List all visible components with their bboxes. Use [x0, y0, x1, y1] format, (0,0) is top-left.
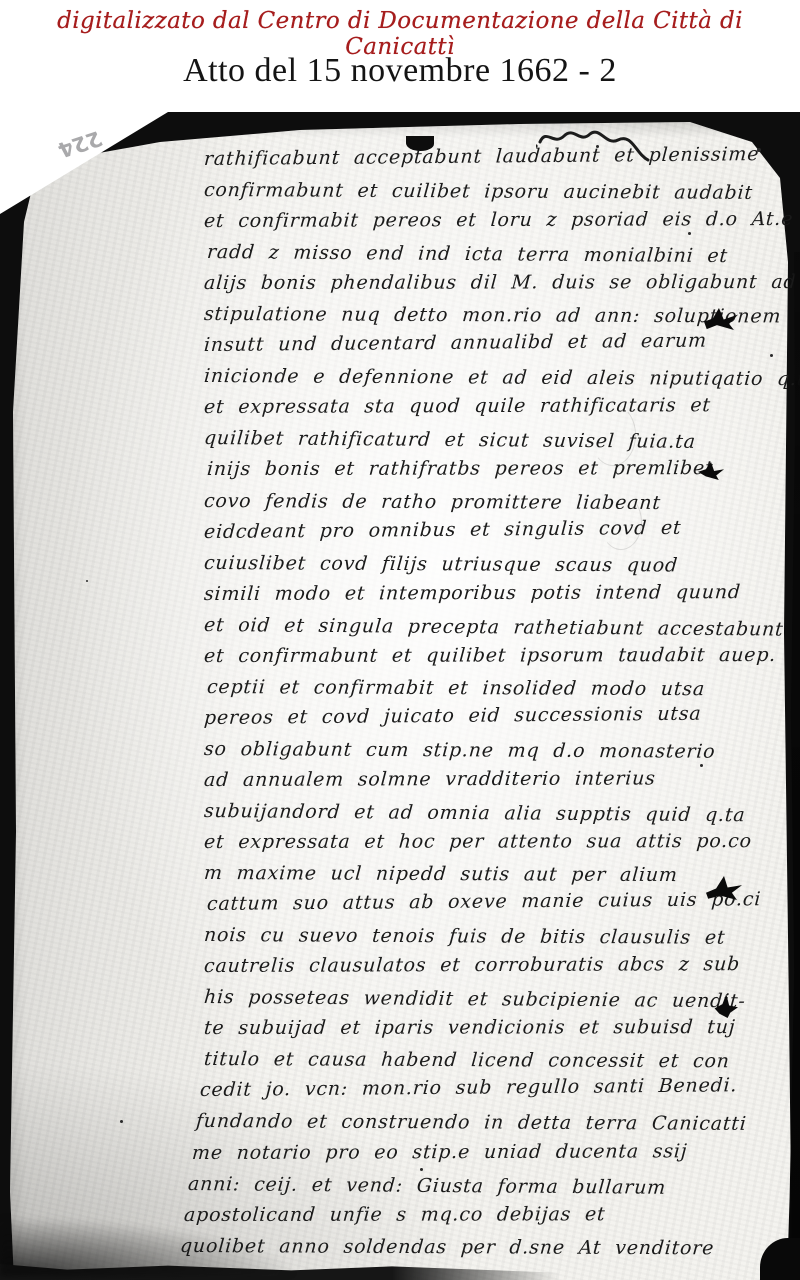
handwriting-line: rathificabunt acceptabunt laudabunt et p…	[203, 139, 785, 175]
handwriting-line: et confirmabit pereos et loru z psoriad …	[203, 204, 785, 237]
handwriting-lines: rathificabunt acceptabunt laudabunt et p…	[204, 144, 784, 1262]
photo-corner-cut	[0, 112, 168, 214]
ink-speck	[86, 580, 88, 582]
handwriting-line: simili modo et intemporibus potis intend…	[203, 577, 785, 610]
handwriting-line: alijs bonis phendalibus dil M. duis se o…	[203, 267, 785, 299]
ink-speck	[120, 1120, 123, 1123]
ink-speck	[757, 148, 761, 152]
handwriting-line: te subuijad et iparis vendicionis et sub…	[203, 1012, 785, 1044]
ink-speck	[688, 232, 691, 235]
page-header: digitalizzato dal Centro di Documentazio…	[0, 0, 800, 112]
handwriting-line: me notario pro eo stip.e uniad ducenta s…	[191, 1135, 773, 1168]
handwriting-line: cautrelis clausulatos et corroburatis ab…	[203, 949, 785, 982]
handwriting-line: ad annualem solmne vradditerio interius	[203, 763, 785, 796]
pencil-curve	[590, 404, 636, 466]
ink-speck	[700, 764, 703, 767]
handwriting-line: cattum suo attus ab oxeve manie cuius ui…	[206, 884, 788, 920]
photo-bottom-left-shadow	[0, 1216, 300, 1276]
ink-speck	[420, 1168, 423, 1171]
handwriting-line: eidcdeant pro omnibus et singulis covd e…	[203, 511, 785, 547]
handwriting-line: cedit jo. vcn: mon.rio sub regullo santi…	[199, 1070, 781, 1106]
manuscript-photo: 224 rathificabunt acceptabunt laudabunt …	[0, 112, 800, 1280]
handwriting-line: et expressata et hoc per attento sua att…	[203, 826, 785, 858]
ink-speck	[628, 652, 631, 655]
page-title: Atto del 15 novembre 1662 - 2	[0, 52, 800, 90]
pencil-curve	[600, 494, 642, 550]
handwriting-line: inijs bonis et rathifratbs pereos et pre…	[206, 453, 788, 485]
ink-speck	[596, 145, 599, 148]
handwriting-line: et expressata sta quod quile rathificata…	[203, 390, 785, 423]
handwriting-line: et confirmabunt et quilibet ipsorum taud…	[203, 640, 785, 672]
handwriting-line: insutt und ducentard annualibd et ad ear…	[203, 325, 785, 361]
handwriting-line: pereos et covd juicato eid successionis …	[203, 698, 785, 734]
ink-speck	[770, 354, 773, 357]
